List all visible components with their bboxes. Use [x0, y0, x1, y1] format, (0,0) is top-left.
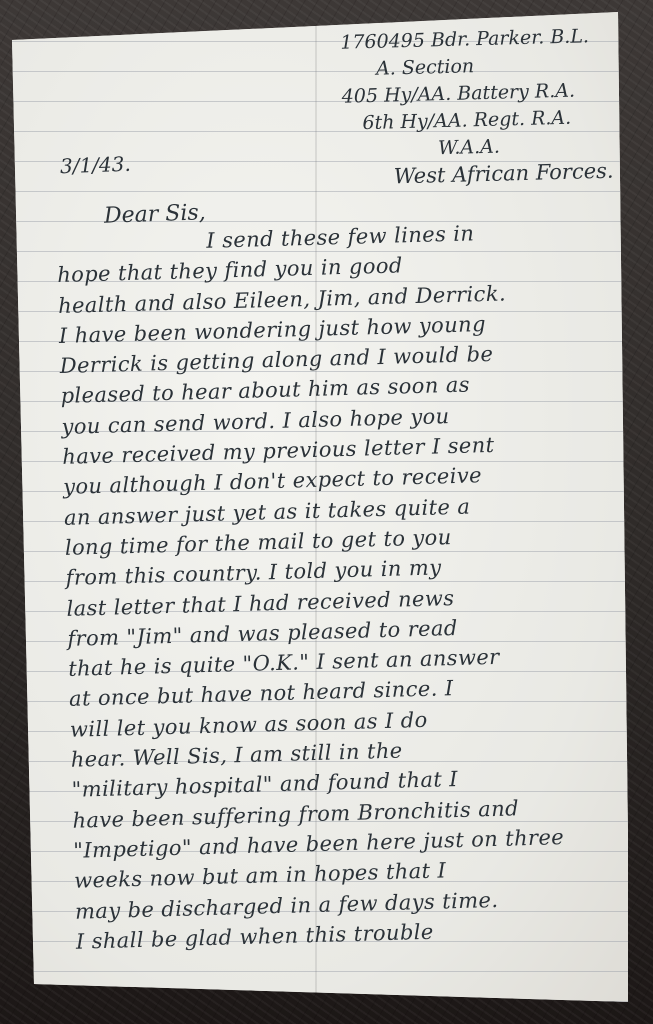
sender-address-block: 1760495 Bdr. Parker. B.L. A. Section 405…	[330, 22, 634, 192]
letter-page: 1760495 Bdr. Parker. B.L. A. Section 405…	[12, 12, 628, 1002]
letter-salutation: Dear Sis,	[104, 200, 206, 229]
letter-body: I send these few lines in hope that they…	[56, 214, 653, 957]
letter-date: 3/1/43.	[60, 152, 132, 178]
